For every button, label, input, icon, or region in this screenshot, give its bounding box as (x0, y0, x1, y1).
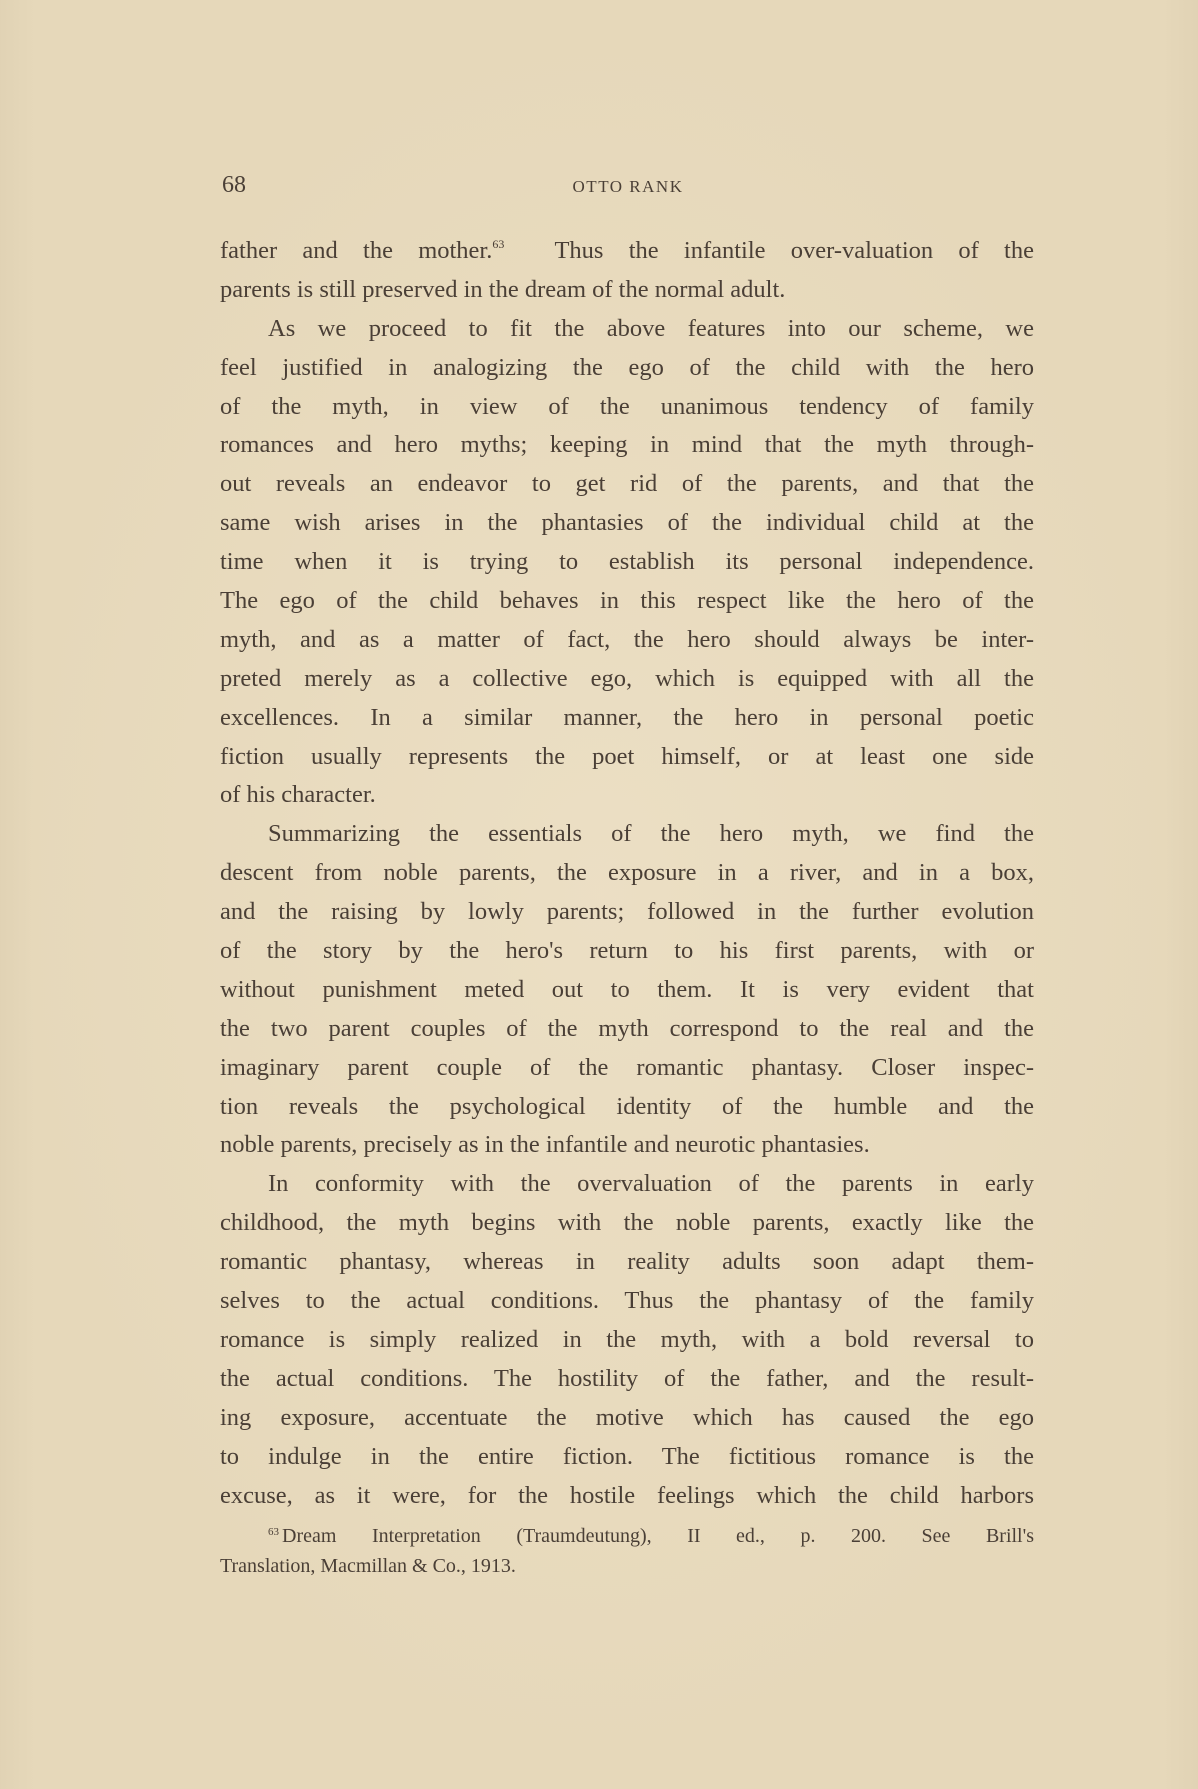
text-line: selves to the actual conditions. Thus th… (220, 1282, 1034, 1321)
footnote-line: 63Dream Interpretation (Traumdeutung), I… (220, 1521, 1034, 1551)
paragraph-start-line: As we proceed to fit the above features … (220, 310, 1034, 349)
footnote-marker: 63 (268, 1526, 279, 1538)
text-line: descent from noble parents, the exposure… (220, 854, 1034, 893)
text-line: same wish arises in the phantasies of th… (220, 504, 1034, 543)
text-line: ing exposure, accentuate the motive whic… (220, 1399, 1034, 1438)
text-line: time when it is trying to establish its … (220, 543, 1034, 582)
page-header: 68 OTTO RANK (222, 170, 1034, 200)
text-line: excellences. In a similar manner, the he… (220, 699, 1034, 738)
body-text: father and the mother.63 Thus the infant… (220, 232, 1034, 1515)
running-head: OTTO RANK (222, 172, 1034, 202)
text-line: noble parents, precisely as in the infan… (220, 1126, 1034, 1165)
text-line: the two parent couples of the myth corre… (220, 1010, 1034, 1049)
text-line: imaginary parent couple of the romantic … (220, 1049, 1034, 1088)
text-line: feel justified in analogizing the ego of… (220, 349, 1034, 388)
text-line: of the story by the hero's return to his… (220, 932, 1034, 971)
text-line: romance is simply realized in the myth, … (220, 1321, 1034, 1360)
text-line: parents is still preserved in the dream … (220, 271, 1034, 310)
text-line: tion reveals the psychological identity … (220, 1088, 1034, 1127)
text-fragment: Thus the infantile over-valuation of the (504, 237, 1034, 264)
text-line: myth, and as a matter of fact, the hero … (220, 621, 1034, 660)
footnote-line: Translation, Macmillan & Co., 1913. (220, 1551, 1034, 1581)
text-line: out reveals an endeavor to get rid of th… (220, 465, 1034, 504)
text-line: excuse, as it were, for the hostile feel… (220, 1477, 1034, 1516)
paragraph-start-line: In conformity with the overvaluation of … (220, 1165, 1034, 1204)
footnote-text: Dream Interpretation (Traumdeutung), II … (282, 1525, 1034, 1547)
text-line: fiction usually represents the poet hims… (220, 738, 1034, 777)
text-line: the actual conditions. The hostility of … (220, 1360, 1034, 1399)
book-page: 68 OTTO RANK father and the mother.63 Th… (0, 0, 1198, 1789)
text-line: romantic phantasy, whereas in reality ad… (220, 1243, 1034, 1282)
text-line: to indulge in the entire fiction. The fi… (220, 1438, 1034, 1477)
text-line: of the myth, in view of the unanimous te… (220, 388, 1034, 427)
text-line: The ego of the child behaves in this res… (220, 582, 1034, 621)
text-line: father and the mother.63 Thus the infant… (220, 232, 1034, 271)
text-line: romances and hero myths; keeping in mind… (220, 426, 1034, 465)
text-line: without punishment meted out to them. It… (220, 971, 1034, 1010)
text-line: and the raising by lowly parents; follow… (220, 893, 1034, 932)
text-fragment: father and the mother. (220, 237, 492, 264)
text-line: preted merely as a collective ego, which… (220, 660, 1034, 699)
footnote: 63Dream Interpretation (Traumdeutung), I… (220, 1521, 1034, 1581)
footnote-reference[interactable]: 63 (492, 237, 504, 251)
text-line: of his character. (220, 776, 1034, 815)
text-line: childhood, the myth begins with the nobl… (220, 1204, 1034, 1243)
paragraph-start-line: Summarizing the essentials of the hero m… (220, 815, 1034, 854)
